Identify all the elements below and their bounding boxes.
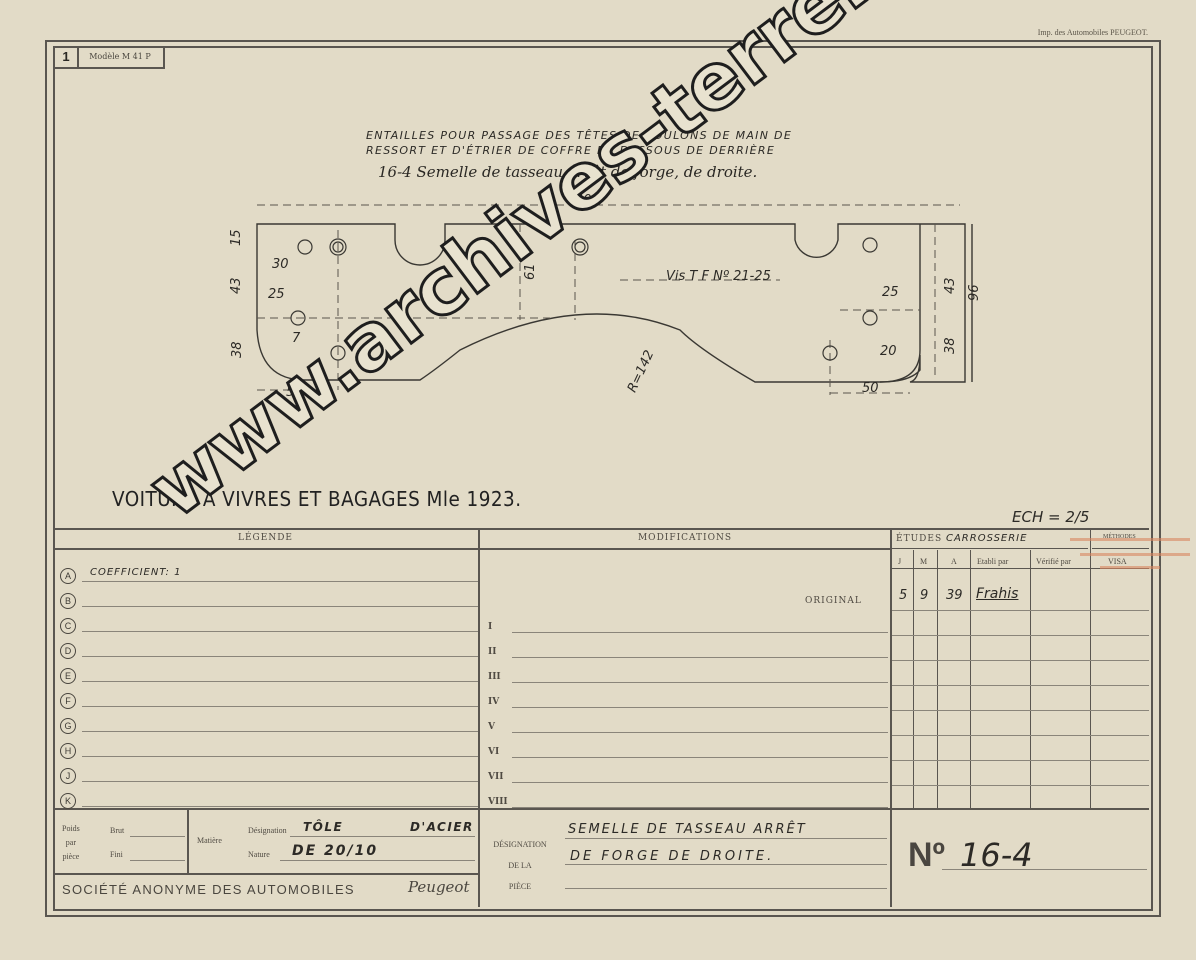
designation-piece-line2: DE FORGE DE DROITE. [570,849,774,864]
legend-line [82,706,478,707]
legend-text: COEFFICIENT: 1 [90,567,181,578]
legend-line [82,781,478,782]
date-day: 5 [899,588,907,603]
col-line [1090,528,1091,808]
mod-numeral: II [488,647,496,657]
label-line: DÉSIGNATION [480,834,560,855]
legend-key: G [60,718,76,734]
svg-text:38: 38 [230,341,245,358]
designation-piece-label: DÉSIGNATION DE LA PIÈCE [480,834,560,897]
mod-line [512,682,888,683]
row-line [892,710,1149,711]
matiere-label: Matière [197,836,222,845]
legend-line [82,606,478,607]
col-line [937,550,938,808]
col-m: M [920,557,927,566]
svg-text:43: 43 [229,277,244,294]
brand-logo: Peugeot [408,878,470,896]
etudes-label: ÉTUDES [896,534,942,544]
legend-key: H [60,743,76,759]
svg-text:30: 30 [272,257,289,272]
legend-row-g: G [60,716,478,740]
scale-label: ECH = 2/5 [1012,508,1089,526]
part-number-line [942,869,1147,870]
sheet-number: 1 [55,47,79,69]
etudes-header-line [892,548,1088,549]
row-line [892,610,1149,611]
label-line: DE LA [480,855,560,876]
modifications-header: MODIFICATIONS [480,533,890,543]
mod-line [512,657,888,658]
col-etabli: Etabli par [977,557,1008,566]
col-verifie: Vérifié par [1036,557,1071,566]
mod-line [512,632,888,633]
legend-row-d: D [60,641,478,665]
mod-row-8: VIII [488,793,888,817]
svg-text:96: 96 [967,284,982,301]
legend-key: J [60,768,76,784]
legend-row-k: K [60,791,478,815]
original-label: ORIGINAL [805,596,862,606]
col-line [1030,550,1031,808]
row-line [892,685,1149,686]
poids-label: Poids par pièce [62,822,80,864]
col-line [913,550,914,808]
row-line [892,735,1149,736]
printer-mark: Imp. des Automobiles PEUGEOT. [1038,28,1148,37]
row-line [892,760,1149,761]
mod-numeral: VI [488,747,499,757]
date-month: 9 [920,588,928,603]
row-line [892,635,1149,636]
mod-row-5: V [488,718,888,742]
legend-key: K [60,793,76,809]
legend-line [82,756,478,757]
designation-line [290,836,475,837]
svg-text:20: 20 [880,344,897,359]
legend-line [82,581,478,582]
designation-suffix: D'ACIER [410,820,474,834]
svg-text:15: 15 [229,229,244,246]
poids-line: pièce [62,850,80,864]
poids-line: Poids [62,822,80,836]
red-stamp-mark [1080,553,1190,556]
mod-row-3: III [488,668,888,692]
designation-line [565,888,887,889]
svg-text:R=142: R=142 [625,348,658,395]
svg-text:43: 43 [943,277,958,294]
nature-label: Nature [248,850,270,859]
legend-key: D [60,643,76,659]
legend-row-j: J [60,766,478,790]
legend-line [82,656,478,657]
etudes-header: ÉTUDES CARROSSERIE [896,533,1027,544]
svg-text:25: 25 [268,287,285,302]
mod-line [512,807,888,808]
company-name: SOCIÉTÉ ANONYME DES AUTOMOBILES [62,882,355,897]
fini-line [130,860,185,861]
designation-piece-line1: SEMELLE DE TASSEAU ARRÊT [568,822,807,837]
col-visa: VISA [1108,557,1127,566]
legend-line [82,681,478,682]
svg-text:Vis T F Nº 21-25: Vis T F Nº 21-25 [666,269,771,284]
visa-header-line [1092,548,1149,549]
poids-divider [187,808,189,873]
red-stamp-mark [1100,566,1160,569]
mod-numeral: I [488,622,492,632]
legende-header: LÉGENDE [53,533,478,543]
legend-line [82,731,478,732]
label-line: PIÈCE [480,876,560,897]
col-a: A [951,557,957,566]
mod-line [512,782,888,783]
legend-row-h: H [60,741,478,765]
legend-line [82,806,478,807]
signature: Frahis [976,586,1018,602]
legend-row-b: B [60,591,478,615]
legend-key: E [60,668,76,684]
legend-row-c: C [60,616,478,640]
part-number-prefix: Nº [908,836,945,875]
mod-row-7: VII [488,768,888,792]
etudes-dept: CARROSSERIE [946,533,1027,544]
brut-label: Brut [110,826,124,835]
mod-row-6: VI [488,743,888,767]
mod-numeral: IV [488,697,499,707]
mod-numeral: VIII [488,797,508,807]
divider-2 [890,528,892,907]
legend-row-f: F [60,691,478,715]
mod-row-1: I [488,618,888,642]
fini-label: Fini [110,850,123,859]
model-label: Modèle M 41 P [77,47,165,69]
designation-line [565,838,887,839]
legend-key: F [60,693,76,709]
mod-line [512,757,888,758]
col-j: J [898,557,901,566]
designation-line [565,864,887,865]
mod-row-2: II [488,643,888,667]
legend-key: A [60,568,76,584]
legend-row-a: ACOEFFICIENT: 1 [60,566,478,590]
date-year: 39 [946,588,963,603]
brut-line [130,836,185,837]
legend-row-e: E [60,666,478,690]
red-stamp-mark [1070,538,1190,541]
legend-line [82,631,478,632]
nature-value: DE 20/10 [292,843,378,859]
poids-line: par [62,836,80,850]
mod-row-4: IV [488,693,888,717]
mod-line [512,707,888,708]
legend-header-line [53,548,478,550]
block-top-border [53,528,1149,530]
company-line [53,873,478,875]
mod-line [512,732,888,733]
row-line [892,785,1149,786]
mod-numeral: V [488,722,495,732]
svg-text:25: 25 [882,285,899,300]
col-line [970,550,971,808]
mod-numeral: III [488,672,501,682]
mod-numeral: VII [488,772,503,782]
legend-key: B [60,593,76,609]
svg-text:50: 50 [862,381,879,396]
row-line [892,660,1149,661]
legend-key: C [60,618,76,634]
designation-value: TÔLE [303,820,343,834]
nature-line [280,860,475,861]
mod-header-line [480,548,890,550]
svg-text:38: 38 [943,337,958,354]
designation-label: Désignation [248,826,287,835]
